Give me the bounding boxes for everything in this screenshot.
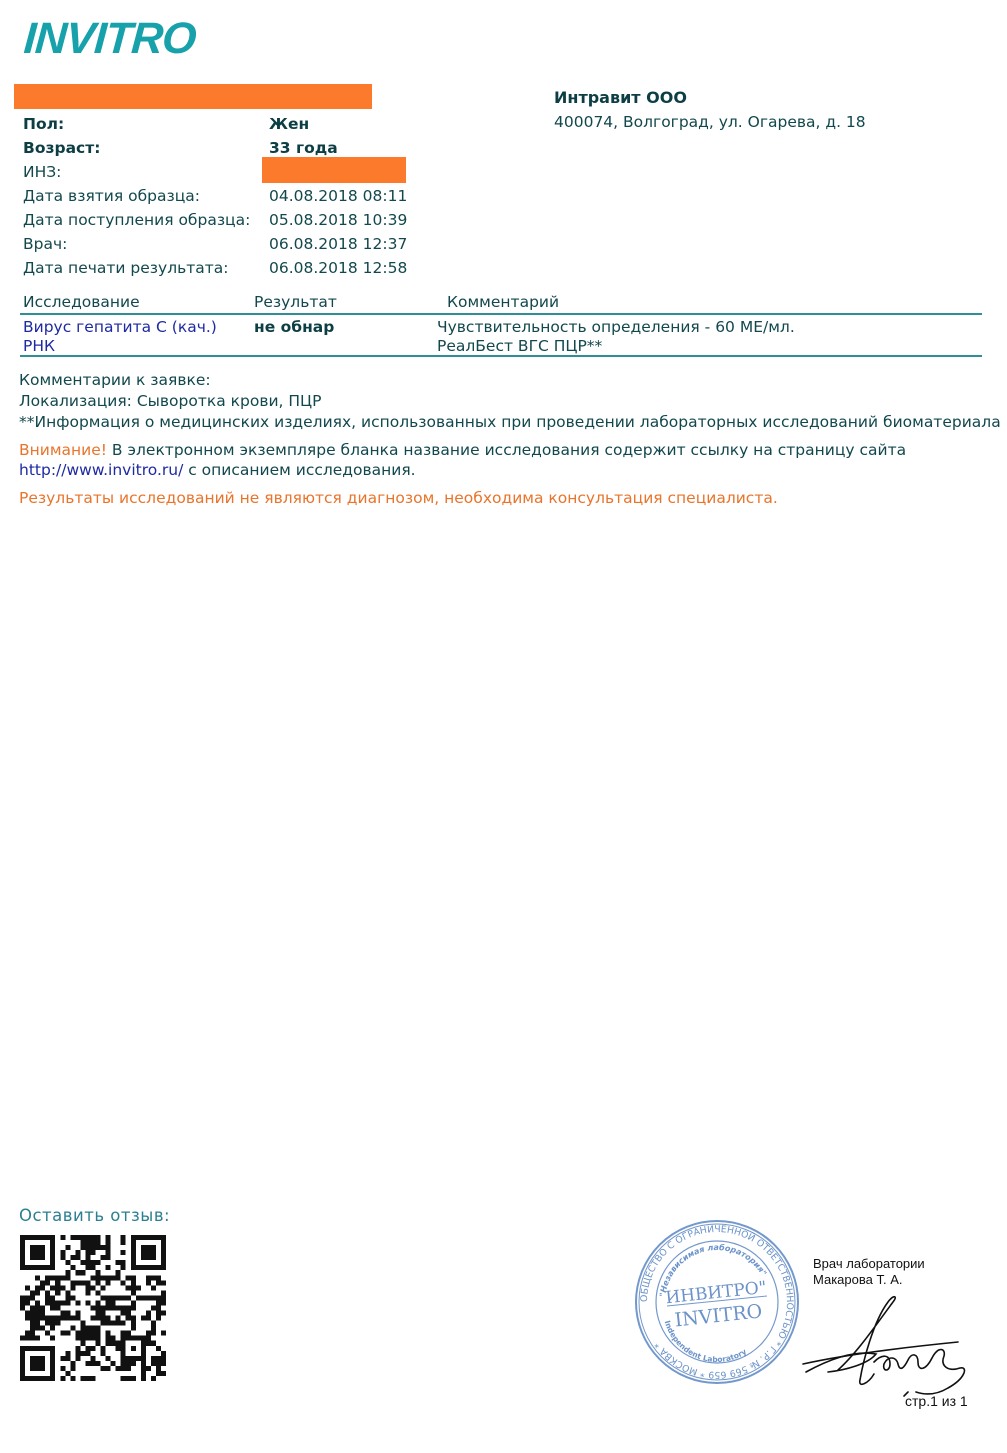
- table-header-divider: [20, 313, 982, 315]
- inz-redacted: [262, 157, 406, 183]
- page-number: стр.1 из 1: [905, 1393, 968, 1409]
- patient-info: Пол:ЖенВозраст:33 годаИНЗ:Дата взятия об…: [23, 112, 443, 280]
- test-name-line1: Вирус гепатита С (кач.): [23, 317, 217, 338]
- patient-info-row: Дата печати результата:06.08.2018 12:58: [23, 256, 443, 280]
- column-header-result: Результат: [254, 293, 337, 311]
- test-name-line2: РНК: [23, 338, 217, 355]
- stamp-icon: ОБЩЕСТВО С ОГРАНИЧЕННОЙ ОТВЕТСТВЕННОСТЬЮ…: [633, 1218, 801, 1386]
- patient-info-label: Дата поступления образца:: [23, 208, 269, 232]
- feedback-label: Оставить отзыв:: [19, 1206, 170, 1225]
- comment-line1: Чувствительность определения - 60 МЕ/мл.: [437, 317, 795, 338]
- patient-info-row: Пол:Жен: [23, 112, 443, 136]
- patient-info-label: Дата взятия образца:: [23, 184, 269, 208]
- patient-info-row: Дата взятия образца:04.08.2018 08:11: [23, 184, 443, 208]
- patient-name-redacted: [14, 84, 372, 109]
- order-comments-label: Комментарии к заявке:: [19, 370, 211, 391]
- test-name-link[interactable]: Вирус гепатита С (кач.) РНК: [23, 317, 217, 355]
- lab-name: Интравит ООО: [554, 88, 687, 107]
- invitro-logo: INVITRO: [22, 14, 197, 64]
- comment-line2: РеалБест ВГС ПЦР**: [437, 338, 795, 355]
- attention-text: В электронном экземпляре бланка название…: [107, 441, 906, 459]
- qr-code-icon[interactable]: [20, 1235, 166, 1381]
- attention-note: Внимание! В электронном экземпляре бланк…: [19, 440, 906, 461]
- patient-info-label: Врач:: [23, 232, 269, 256]
- signature-icon: [798, 1292, 973, 1402]
- patient-info-value: Жен: [269, 112, 309, 136]
- localization-note: Локализация: Сыворотка крови, ПЦР: [19, 391, 321, 412]
- doctor-name: Макарова Т. А.: [813, 1272, 925, 1288]
- site-link[interactable]: http://www.invitro.ru/: [19, 461, 183, 479]
- patient-info-value: 04.08.2018 08:11: [269, 184, 407, 208]
- test-result: не обнар: [254, 317, 334, 338]
- test-comment: Чувствительность определения - 60 МЕ/мл.…: [437, 317, 795, 355]
- patient-info-label: ИНЗ:: [23, 160, 269, 184]
- patient-info-label: Дата печати результата:: [23, 256, 269, 280]
- site-link-line: http://www.invitro.ru/ с описанием иссле…: [19, 460, 416, 481]
- column-header-test: Исследование: [23, 293, 140, 311]
- patient-info-row: Врач:06.08.2018 12:37: [23, 232, 443, 256]
- devices-info-note: **Информация о медицинских изделиях, исп…: [19, 412, 1001, 433]
- patient-info-value: 06.08.2018 12:37: [269, 232, 407, 256]
- attention-label: Внимание!: [19, 441, 107, 459]
- patient-info-value: 06.08.2018 12:58: [269, 256, 407, 280]
- column-header-comment: Комментарий: [447, 293, 559, 311]
- patient-info-label: Пол:: [23, 112, 269, 136]
- site-link-suffix: с описанием исследования.: [183, 461, 415, 479]
- patient-info-row: Дата поступления образца:05.08.2018 10:3…: [23, 208, 443, 232]
- patient-info-label: Возраст:: [23, 136, 269, 160]
- doctor-title: Врач лаборатории: [813, 1256, 925, 1272]
- patient-info-value: 05.08.2018 10:39: [269, 208, 407, 232]
- doctor-block: Врач лаборатории Макарова Т. А.: [813, 1256, 925, 1288]
- lab-address: 400074, Волгоград, ул. Огарева, д. 18: [554, 113, 866, 131]
- table-bottom-divider: [20, 355, 982, 357]
- disclaimer: Результаты исследований не являются диаг…: [19, 488, 778, 509]
